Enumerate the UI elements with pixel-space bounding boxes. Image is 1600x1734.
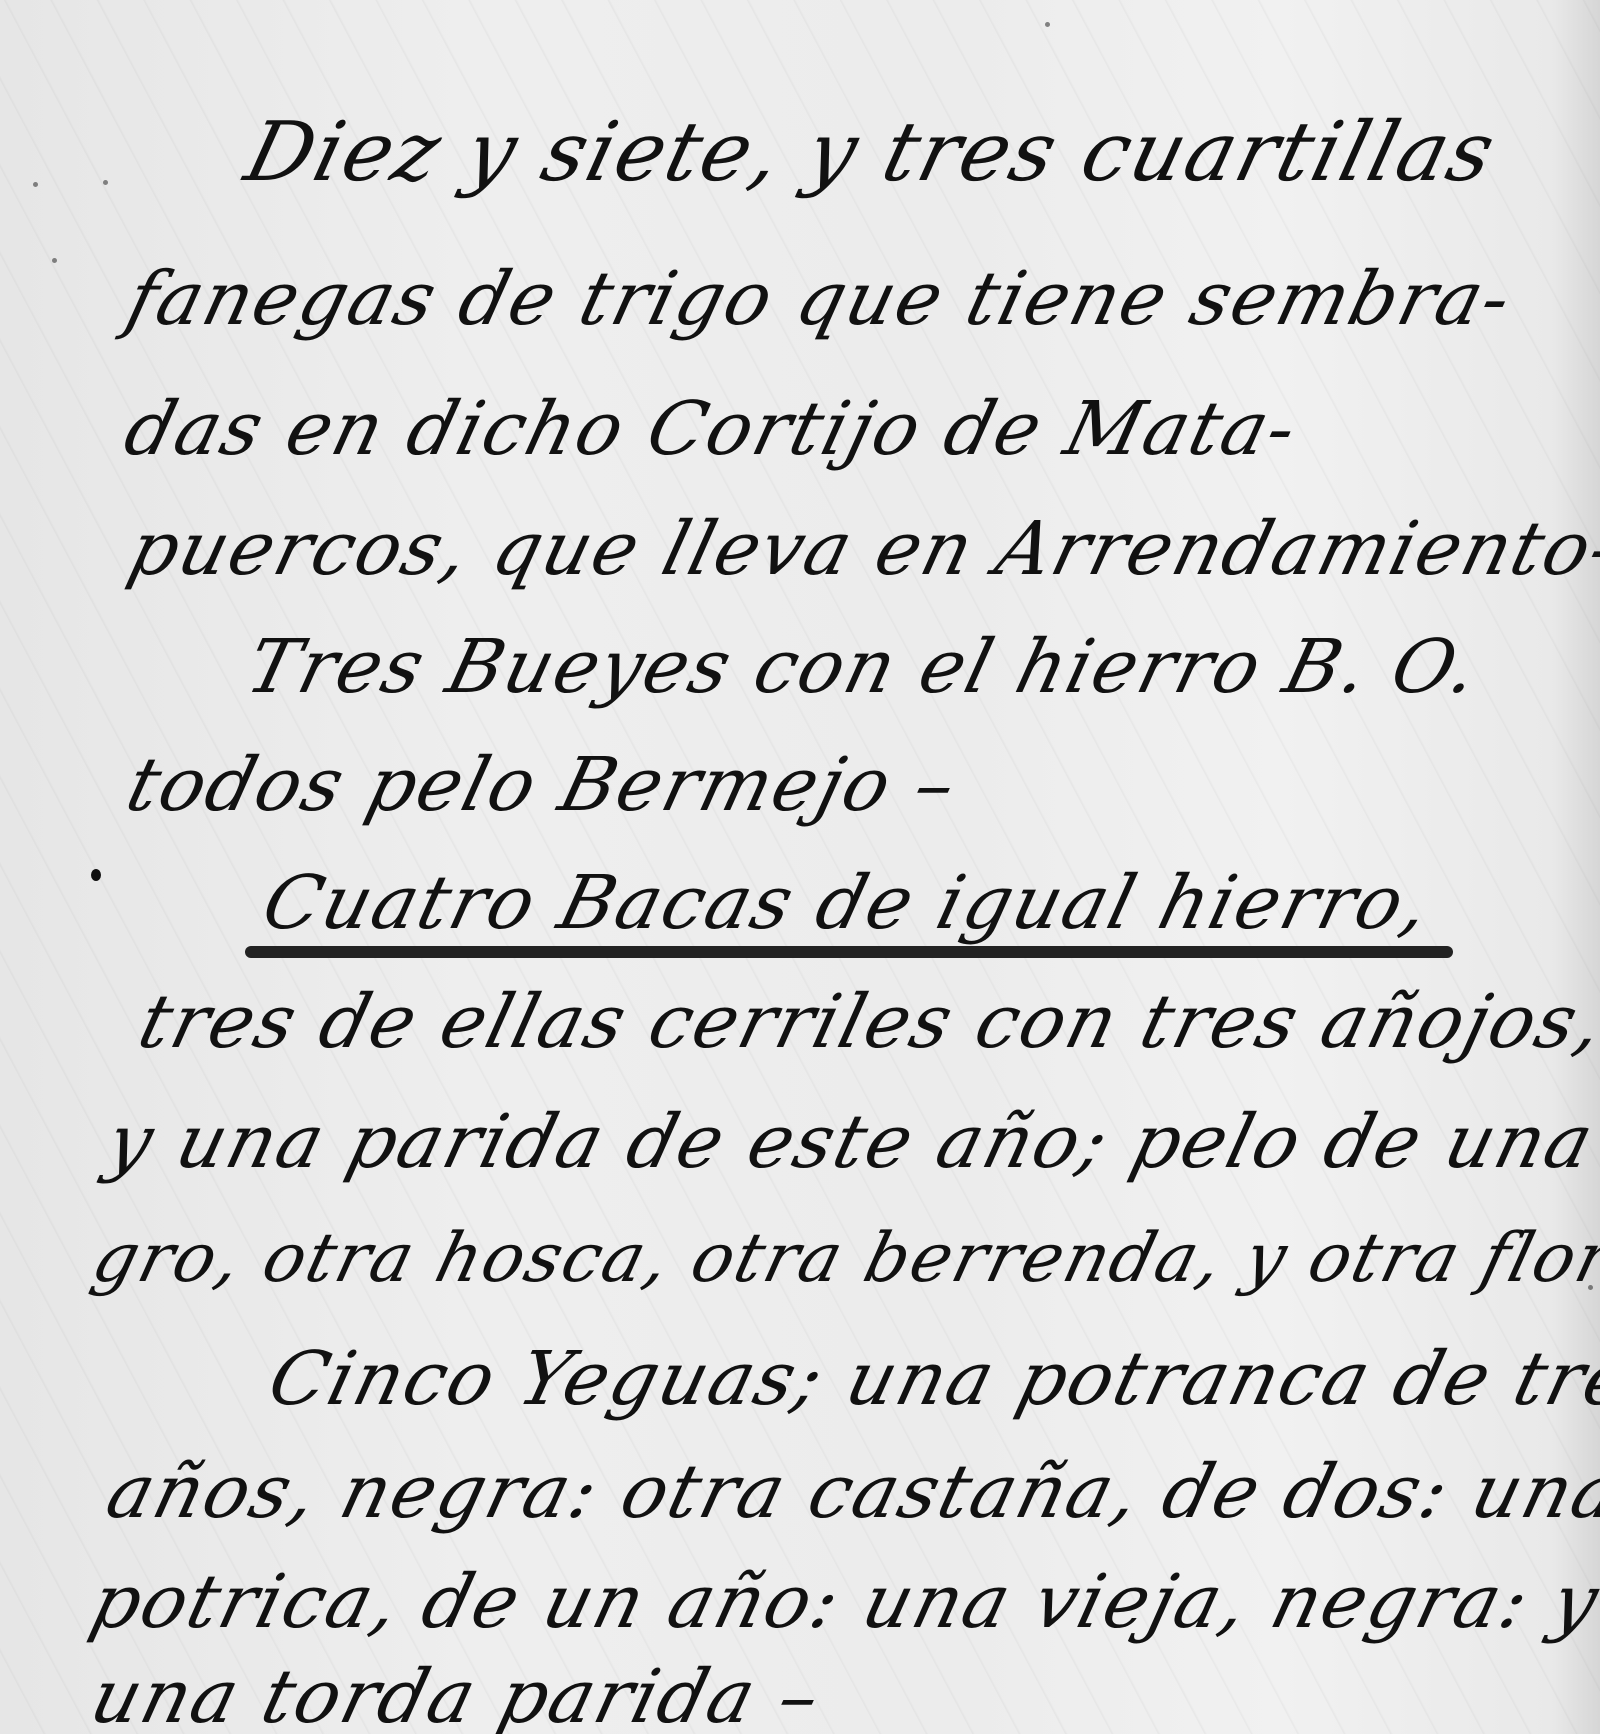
manuscript-line-13: potrica, de un año: una vieja, negra: y bbox=[84, 1565, 1600, 1639]
manuscript-line-4: puercos, que lleva en Arrendamiento- bbox=[122, 512, 1600, 586]
manuscript-line-8: tres de ellas cerriles con tres añojos, bbox=[132, 985, 1600, 1059]
ink-speck bbox=[52, 258, 57, 263]
manuscript-line-14: una torda parida – bbox=[84, 1660, 829, 1734]
manuscript-line-2: fanegas de trigo que tiene sembra- bbox=[120, 262, 1520, 336]
manuscript-line-10: gro, otra hosca, otra berrenda, y otra f… bbox=[86, 1225, 1600, 1293]
manuscript-page: Diez y siete, y tres cuartillas fanegas … bbox=[0, 0, 1600, 1734]
manuscript-line-9: y una parida de este año; pelo de una ne… bbox=[100, 1105, 1600, 1179]
manuscript-line-7-highlighted: Cuatro Bacas de igual hierro, bbox=[256, 866, 1438, 940]
manuscript-line-12: años, negra: otra castaña, de dos: una bbox=[100, 1455, 1600, 1529]
manuscript-line-11: Cinco Yeguas; una potranca de tres bbox=[262, 1342, 1600, 1416]
ink-speck bbox=[1045, 22, 1050, 27]
ink-speck bbox=[1588, 1285, 1593, 1290]
manuscript-line-1: Diez y siete, y tres cuartillas bbox=[238, 112, 1504, 194]
manuscript-line-5: Tres Bueyes con el hierro B. O. bbox=[240, 630, 1487, 704]
manuscript-line-3: das en dicho Cortijo de Mata- bbox=[118, 392, 1305, 466]
underline-annotation bbox=[245, 946, 1453, 958]
manuscript-line-6: todos pelo Bermejo – bbox=[120, 748, 965, 822]
ink-speck bbox=[33, 182, 38, 187]
margin-bullet-marker bbox=[91, 869, 101, 881]
ink-speck bbox=[103, 180, 108, 185]
